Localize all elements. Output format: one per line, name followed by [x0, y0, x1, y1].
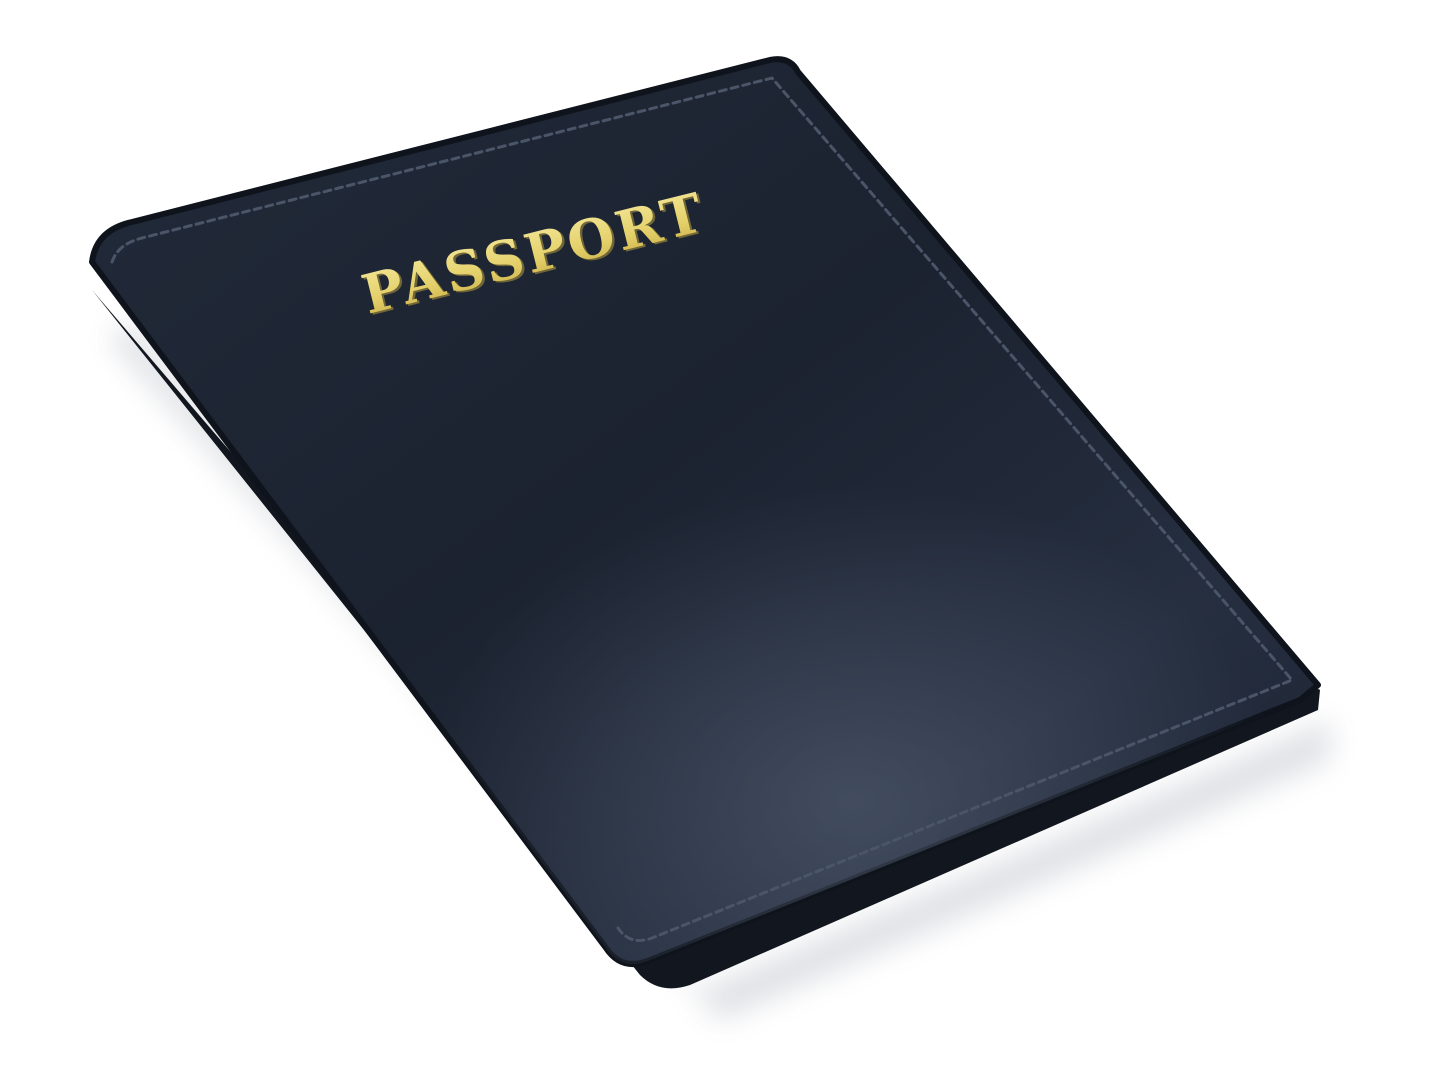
product-photo: PASSPORT PASSPORT — [0, 0, 1445, 1084]
